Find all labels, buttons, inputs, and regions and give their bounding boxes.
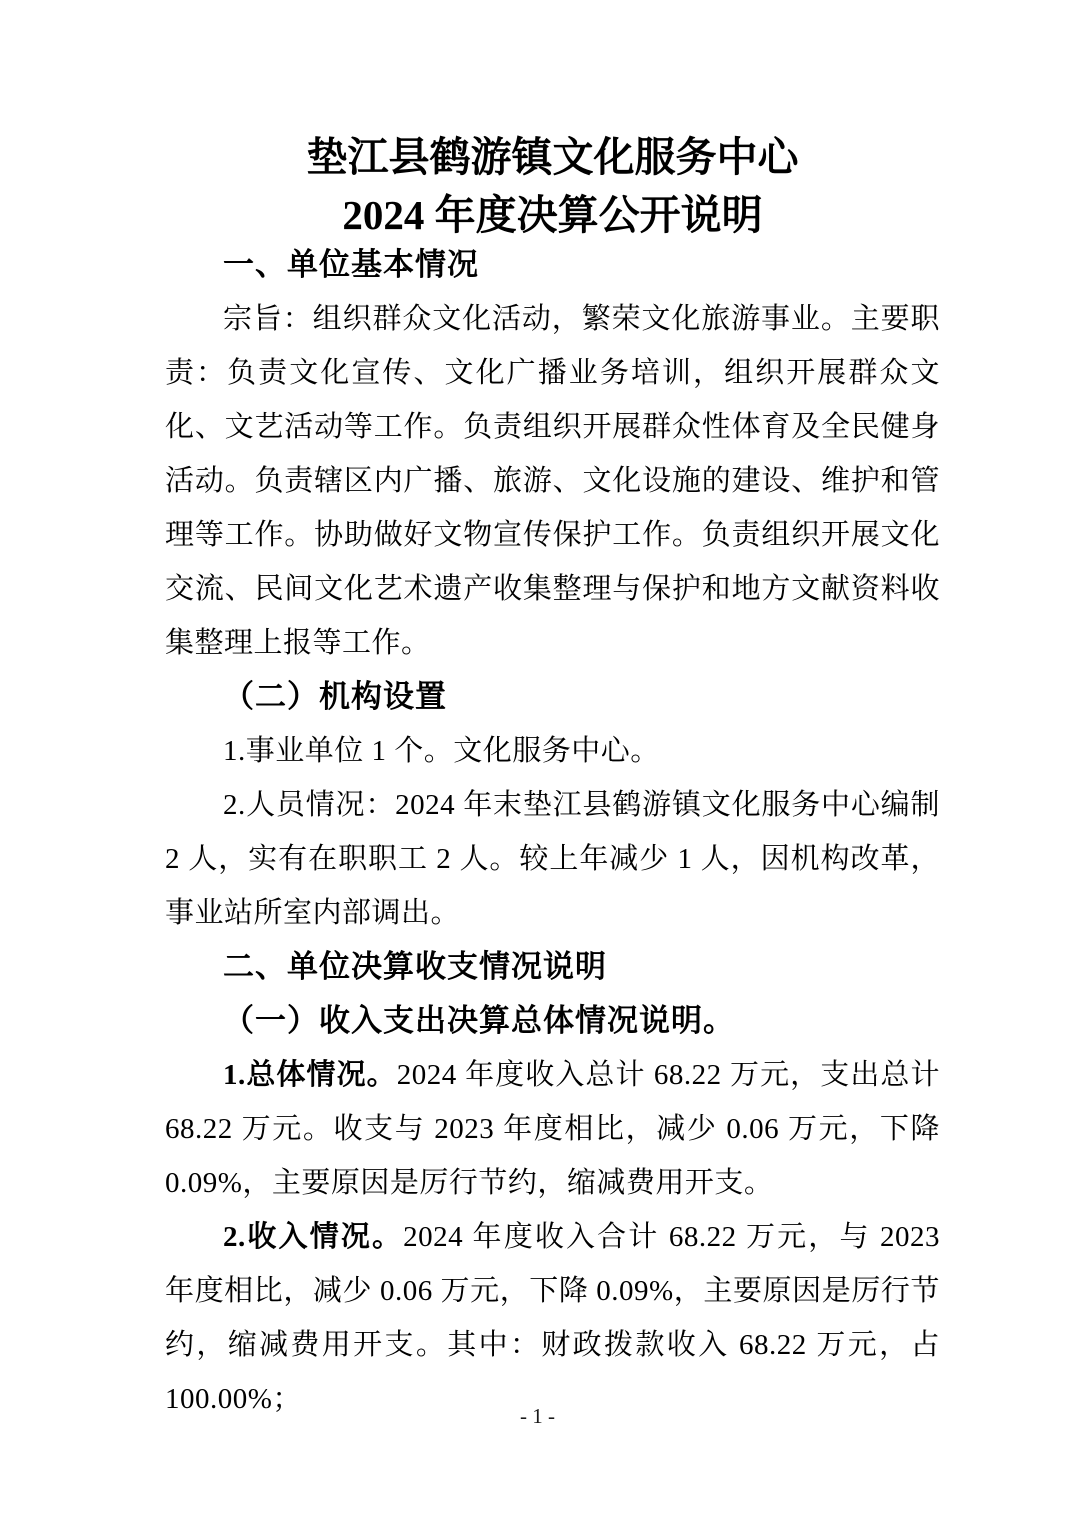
paragraph-overall-situation: 1.总体情况。2024 年度收入总计 68.22 万元，支出总计 68.22 万… <box>165 1048 940 1210</box>
paragraph-overall-lead: 1.总体情况。 <box>223 1059 397 1091</box>
subsection-heading-org-setup: （二）机构设置 <box>165 670 940 724</box>
section-heading-budget-overview: 二、单位决算收支情况说明 <box>165 940 940 994</box>
paragraph-income-lead: 2.收入情况。 <box>223 1221 403 1253</box>
page-number: - 1 - <box>0 1402 1075 1430</box>
document-title-line2: 2024 年度决算公开说明 <box>165 186 940 244</box>
document-content: 垫江县鹤游镇文化服务中心 2024 年度决算公开说明 一、单位基本情况 宗旨：组… <box>165 0 940 1426</box>
paragraph-institution-count: 1.事业单位 1 个。文化服务中心。 <box>165 724 940 778</box>
section-heading-unit-basic: 一、单位基本情况 <box>165 238 940 292</box>
document-title-line1: 垫江县鹤游镇文化服务中心 <box>165 128 940 186</box>
paragraph-personnel: 2.人员情况：2024 年末垫江县鹤游镇文化服务中心编制 2 人，实有在职职工 … <box>165 778 940 940</box>
subsection-heading-income-expense: （一）收入支出决算总体情况说明。 <box>165 994 940 1048</box>
paragraph-purpose-duties: 宗旨：组织群众文化活动，繁荣文化旅游事业。主要职责：负责文化宣传、文化广播业务培… <box>165 292 940 670</box>
paragraph-income-situation: 2.收入情况。2024 年度收入合计 68.22 万元，与 2023 年度相比，… <box>165 1210 940 1426</box>
document-page: 垫江县鹤游镇文化服务中心 2024 年度决算公开说明 一、单位基本情况 宗旨：组… <box>0 0 1075 1520</box>
